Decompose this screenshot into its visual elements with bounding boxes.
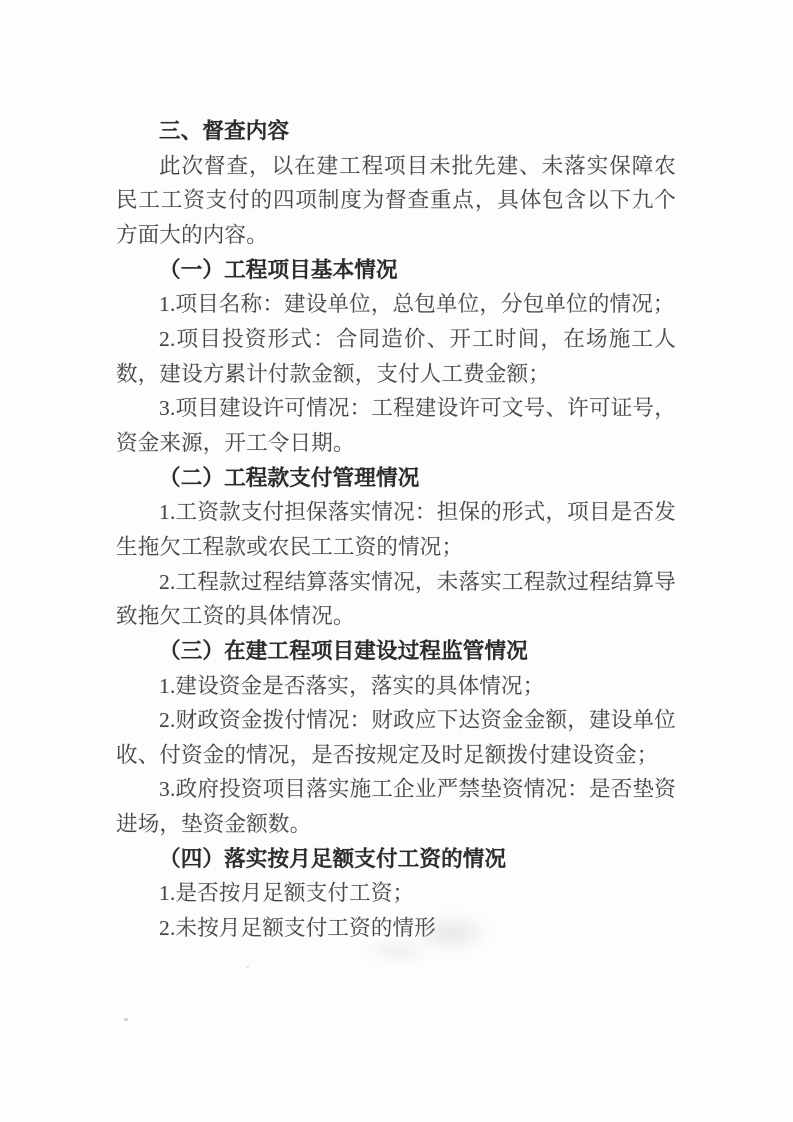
paragraph: 2.工程款过程结算落实情况，未落实工程款过程结算导致拖欠工资的具体情况。	[116, 565, 676, 634]
section-title: 三、督查内容	[116, 114, 676, 149]
paragraph: 3.政府投资项目落实施工企业严禁垫资情况：是否垫资进场，垫资金额数。	[116, 772, 676, 841]
paragraph: 2.财政资金拨付情况：财政应下达资金金额，建设单位收、付资金的情况，是否按规定及…	[116, 703, 676, 772]
document-page: 三、督查内容此次督查，以在建工程项目未批先建、未落实保障农民工工资支付的四项制度…	[0, 0, 793, 1122]
document-content: 三、督查内容此次督查，以在建工程项目未批先建、未落实保障农民工工资支付的四项制度…	[116, 114, 676, 946]
paragraph: 2.未按月足额支付工资的情形	[116, 911, 676, 946]
paragraph: 2.项目投资形式：合同造价、开工时间，在场施工人数，建设方累计付款金额，支付人工…	[116, 322, 676, 391]
paragraph: 1.是否按月足额支付工资；	[116, 876, 676, 911]
scan-speck	[246, 966, 249, 968]
paragraph: 此次督查，以在建工程项目未批先建、未落实保障农民工工资支付的四项制度为督查重点，…	[116, 149, 676, 253]
paragraph: 1.建设资金是否落实，落实的具体情况；	[116, 669, 676, 704]
sub-heading: （二）工程款支付管理情况	[116, 461, 676, 496]
sub-heading: （一）工程项目基本情况	[116, 253, 676, 288]
paragraph: 1.工资款支付担保落实情况：担保的形式，项目是否发生拖欠工程款或农民工工资的情况…	[116, 495, 676, 564]
sub-heading: （三）在建工程项目建设过程监管情况	[116, 634, 676, 669]
scan-speck	[124, 1018, 128, 1021]
sub-heading: （四）落实按月足额支付工资的情况	[116, 842, 676, 877]
paragraph: 3.项目建设许可情况：工程建设许可文号、许可证号，资金来源，开工令日期。	[116, 391, 676, 460]
paragraph: 1.项目名称：建设单位，总包单位，分包单位的情况；	[116, 287, 676, 322]
